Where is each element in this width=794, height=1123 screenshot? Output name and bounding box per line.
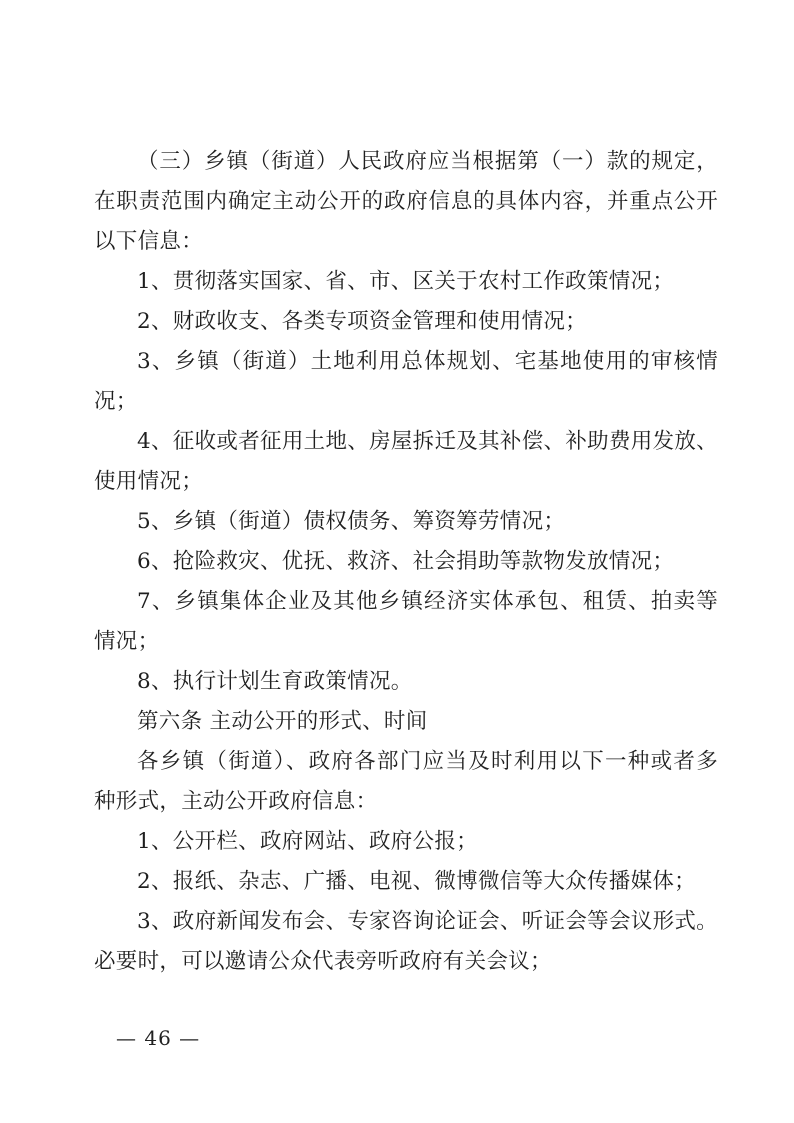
- text-line: 况；: [94, 382, 718, 422]
- text-line: 各乡镇（街道）、政府各部门应当及时利用以下一种或者多: [94, 742, 718, 782]
- text-line: 6、抢险救灾、优抚、救济、社会捐助等款物发放情况；: [94, 542, 718, 582]
- section-heading-line: 第六条 主动公开的形式、时间: [94, 702, 718, 742]
- document-page: （三）乡镇（街道）人民政府应当根据第（一）款的规定， 在职责范围内确定主动公开的…: [0, 0, 794, 1123]
- page-body: （三）乡镇（街道）人民政府应当根据第（一）款的规定， 在职责范围内确定主动公开的…: [94, 142, 718, 982]
- text-line: 1、公开栏、政府网站、政府公报；: [94, 822, 718, 862]
- text-line: （三）乡镇（街道）人民政府应当根据第（一）款的规定，: [94, 142, 718, 182]
- text-line: 在职责范围内确定主动公开的政府信息的具体内容，并重点公开: [94, 182, 718, 222]
- text-line: 8、执行计划生育政策情况。: [94, 662, 718, 702]
- text-line: 3、政府新闻发布会、专家咨询论证会、听证会等会议形式。: [94, 902, 718, 942]
- page-number: — 46 —: [116, 1026, 200, 1050]
- text-line: 3、乡镇（街道）土地利用总体规划、宅基地使用的审核情: [94, 342, 718, 382]
- text-line: 7、乡镇集体企业及其他乡镇经济实体承包、租赁、拍卖等: [94, 582, 718, 622]
- text-line: 1、贯彻落实国家、省、市、区关于农村工作政策情况；: [94, 262, 718, 302]
- text-line: 种形式，主动公开政府信息：: [94, 782, 718, 822]
- text-line: 4、征收或者征用土地、房屋拆迁及其补偿、补助费用发放、: [94, 422, 718, 462]
- text-line: 情况；: [94, 622, 718, 662]
- text-line: 5、乡镇（街道）债权债务、筹资筹劳情况；: [94, 502, 718, 542]
- text-line: 2、财政收支、各类专项资金管理和使用情况；: [94, 302, 718, 342]
- text-line: 2、报纸、杂志、广播、电视、微博微信等大众传播媒体；: [94, 862, 718, 902]
- text-line: 必要时，可以邀请公众代表旁听政府有关会议；: [94, 942, 718, 982]
- text-line: 使用情况；: [94, 462, 718, 502]
- text-line: 以下信息：: [94, 222, 718, 262]
